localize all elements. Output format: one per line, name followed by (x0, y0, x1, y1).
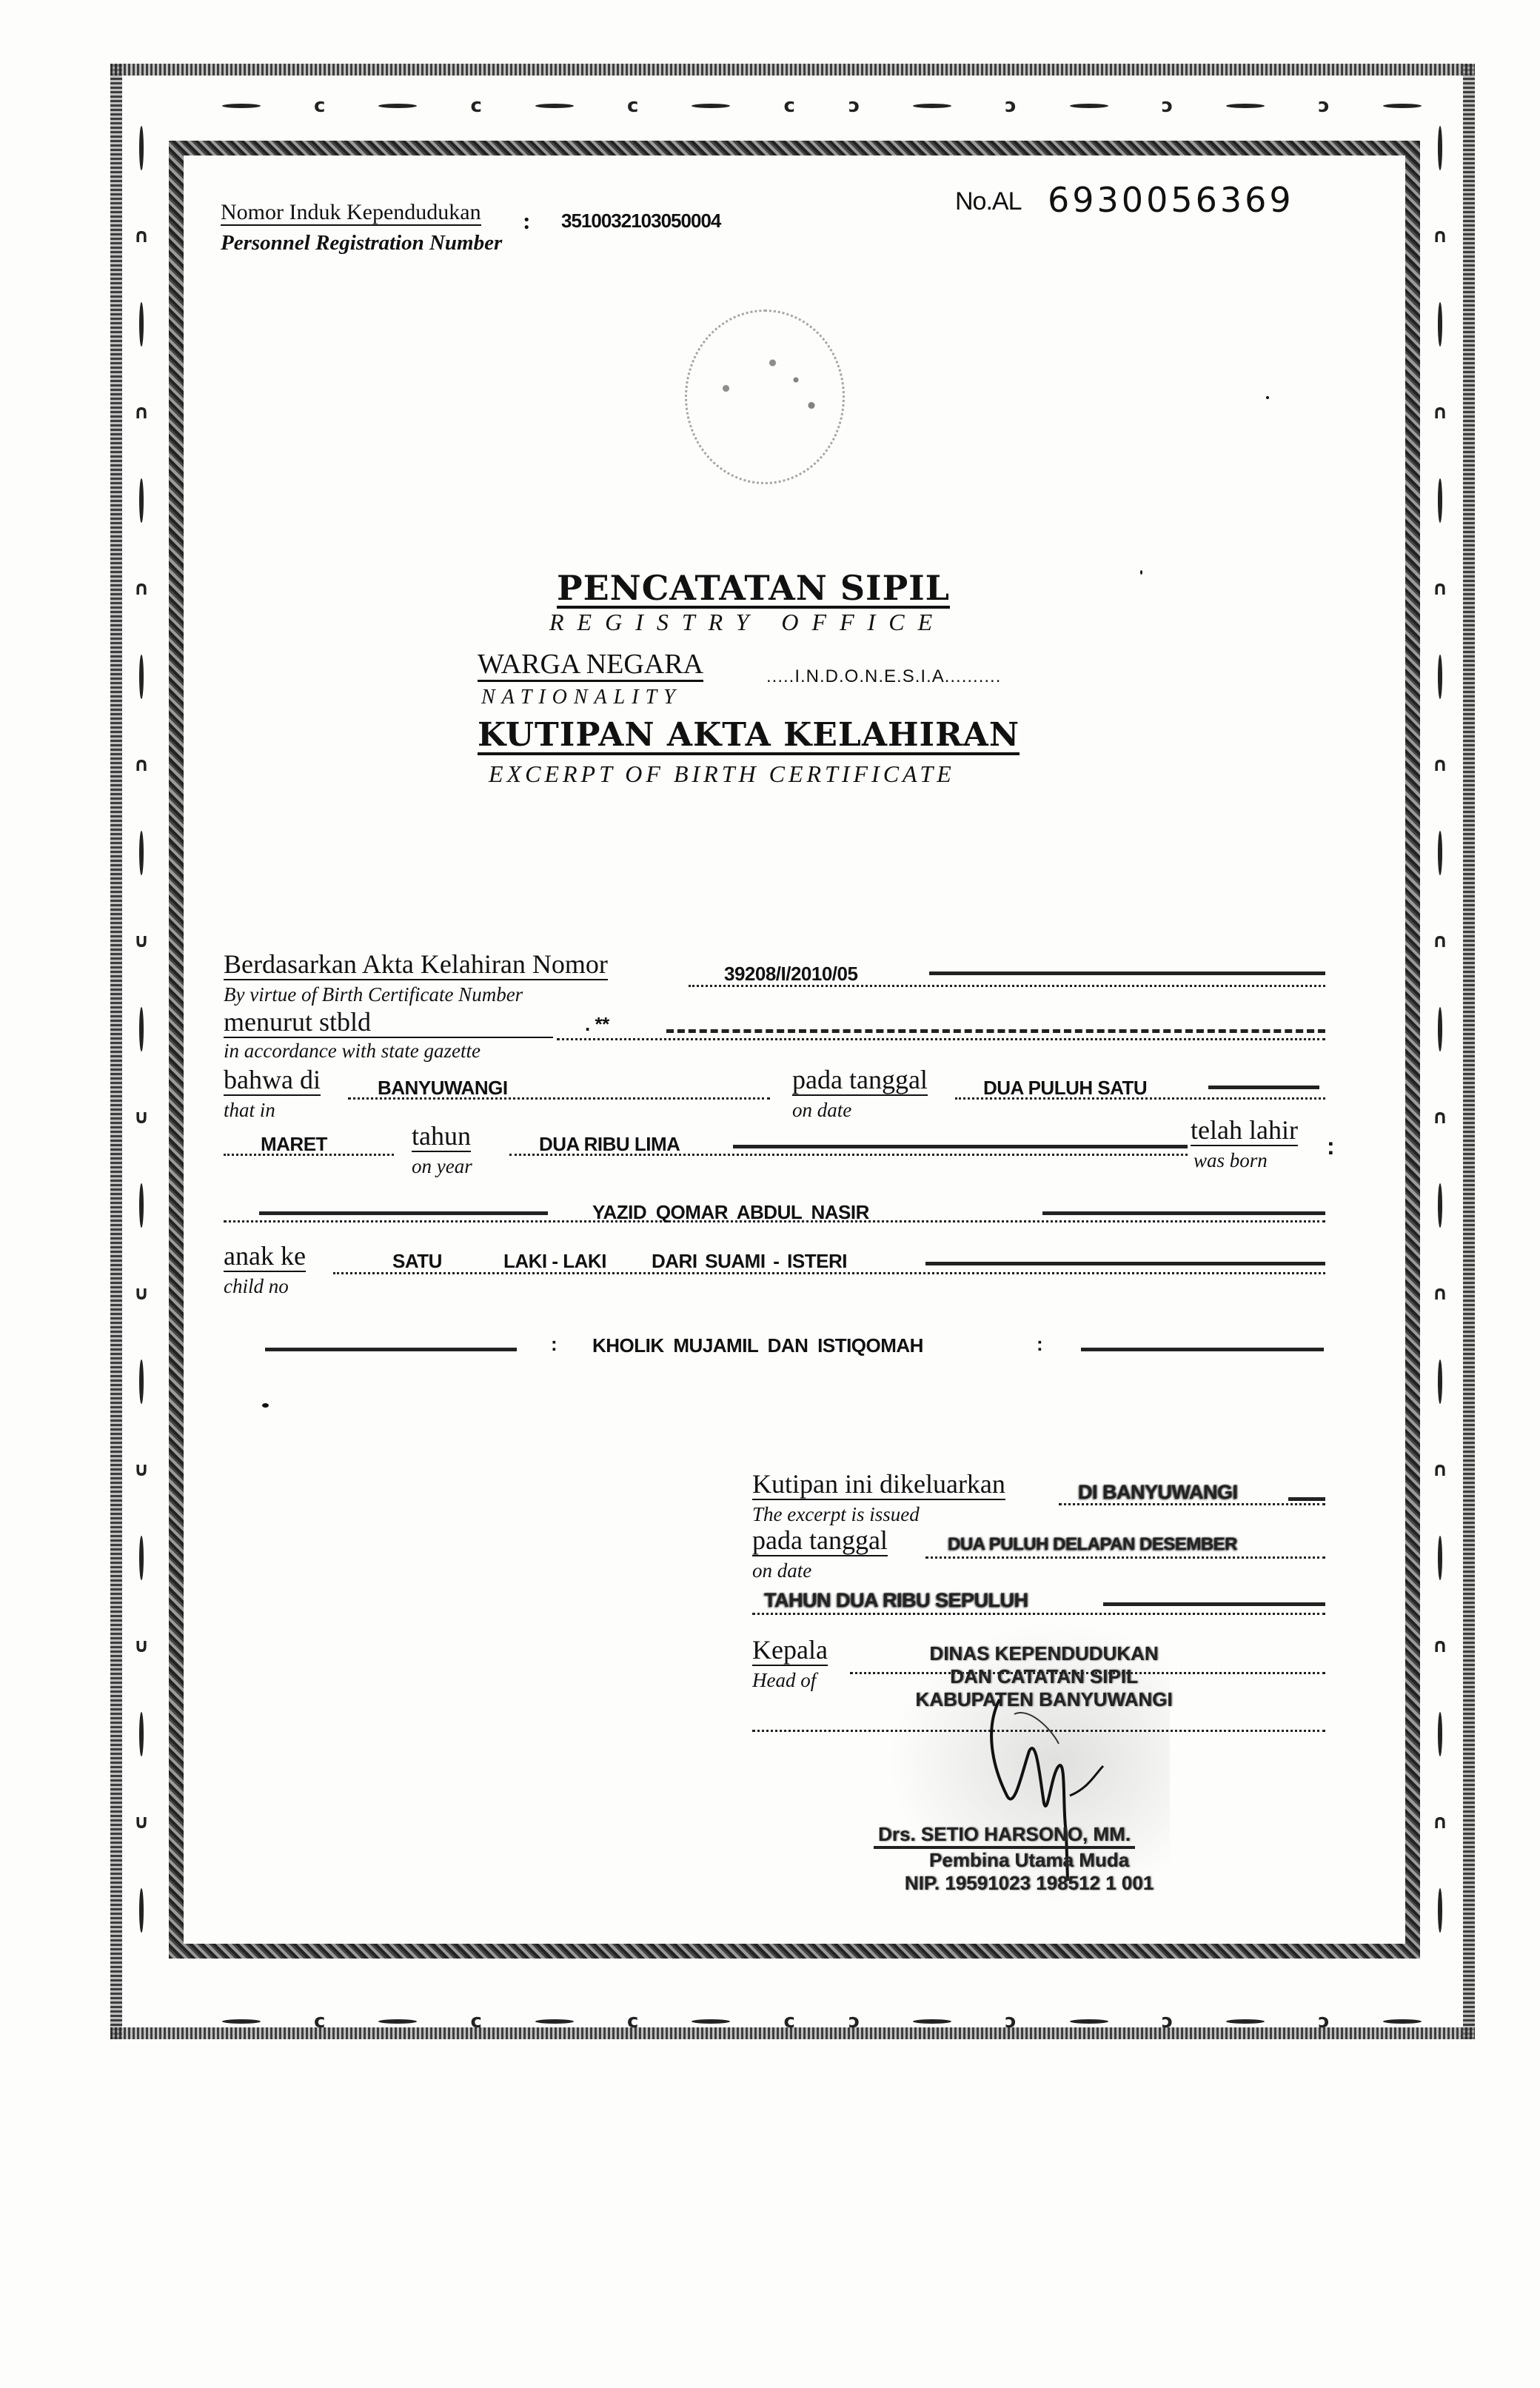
ornament-c-icon: ɔ (1005, 2012, 1016, 2031)
ornament-c-icon: ∪ (133, 1108, 149, 1127)
ornament-dash-icon (139, 1359, 144, 1404)
ornament-c-icon: ∪ (133, 1813, 149, 1832)
bottom-ornament-band: c c c c ɔ ɔ ɔ ɔ (222, 2010, 1422, 2033)
ornament-dash-icon (378, 104, 417, 108)
ornament-c-icon: ∩ (133, 227, 149, 246)
document-title-en: EXCERPT OF BIRTH CERTIFICATE (489, 760, 955, 788)
ornament-dash-icon (1438, 831, 1442, 875)
ornament-dash-icon (139, 1536, 144, 1580)
certificate-number-label: Berdasarkan Akta Kelahiran Nomor (224, 951, 608, 980)
child-name-rule-left (259, 1211, 548, 1215)
head-label: Kepala (752, 1636, 828, 1666)
scan-speck (262, 1403, 269, 1408)
office-title-en: REGISTRY OFFICE (549, 609, 945, 636)
ornament-dash-icon (139, 1712, 144, 1756)
birth-place-label-en: that in (224, 1099, 275, 1122)
nik-value: 3510032103050004 (561, 210, 720, 233)
ornament-c-icon: ∩ (1432, 1460, 1447, 1479)
parents-colon-right: : (1037, 1333, 1043, 1356)
nationality-label-en: NATIONALITY (481, 686, 682, 709)
ornament-c-icon: ∩ (133, 755, 149, 775)
certificate-number-value: 39208/I/2010/05 (724, 963, 857, 986)
ornament-c-icon: ɔ (848, 2012, 860, 2031)
nik-label: Nomor Induk Kependudukan (221, 200, 481, 226)
birth-place-label: bahwa di (224, 1066, 321, 1096)
ornament-dash-icon (692, 104, 730, 108)
ornament-dash-icon (535, 104, 574, 108)
nik-label-en: Personnel Registration Number (221, 231, 502, 255)
ornament-c-icon: ∪ (133, 1284, 149, 1303)
ornament-c-icon: ∪ (133, 932, 149, 951)
born-label: telah lahir (1191, 1117, 1298, 1146)
ornament-dash-icon (1438, 655, 1442, 699)
child-order-label: anak ke (224, 1243, 306, 1272)
ornament-c-icon: ∩ (1432, 932, 1447, 951)
embossed-seal (685, 310, 845, 484)
ornament-dash-icon (139, 1007, 144, 1051)
stbld-label-en: in accordance with state gazette (224, 1040, 481, 1063)
birth-year-label-en: on year (412, 1155, 472, 1178)
ornament-c-icon: ∩ (1432, 227, 1447, 246)
nationality-value: .....I.N.D.O.N.E.S.I.A.......... (766, 666, 1001, 687)
ornament-dash-icon (1438, 478, 1442, 523)
ornament-c-icon: ɔ (1318, 96, 1329, 116)
ornament-c-icon: ɔ (1318, 2012, 1329, 2031)
ornament-dash-icon (1383, 104, 1422, 108)
ornament-c-icon: c (471, 2012, 482, 2031)
birth-month-value: MARET (261, 1133, 327, 1156)
parents-rule-right (1081, 1348, 1324, 1351)
issued-date-label: pada tanggal (752, 1527, 888, 1556)
ornament-dash-icon (139, 655, 144, 699)
birth-year-rule (733, 1145, 1188, 1148)
issued-label-en: The excerpt is issued (752, 1503, 920, 1526)
nik-colon: : (523, 207, 531, 235)
office-title: PENCATATAN SIPIL (557, 570, 950, 609)
ornament-dash-icon (139, 831, 144, 875)
birth-date-label-en: on date (792, 1099, 851, 1122)
ornament-c-icon: ∩ (1432, 1813, 1447, 1832)
child-order-label-en: child no (224, 1275, 289, 1298)
ornament-dash-icon (1226, 2019, 1265, 2024)
birth-year-label: tahun (412, 1123, 471, 1152)
ornament-dash-icon (139, 302, 144, 347)
child-name-value: YAZID QOMAR ABDUL NASIR (592, 1201, 869, 1224)
certificate-number-label-en: By virtue of Birth Certificate Number (224, 983, 523, 1006)
ornament-dash-icon (1438, 1183, 1442, 1228)
ornament-dash-icon (1070, 2019, 1108, 2024)
official-rank: Pembina Utama Muda (859, 1849, 1199, 1872)
ornament-dash-icon (692, 2019, 730, 2024)
certificate-number-rule (929, 971, 1325, 975)
ornament-dash-icon (1438, 302, 1442, 347)
birth-date-label: pada tanggal (792, 1066, 928, 1096)
official-name: Drs. SETIO HARSONO, MM. (874, 1823, 1135, 1849)
ornament-c-icon: ɔ (1162, 2012, 1173, 2031)
stbld-value: . ** (585, 1013, 609, 1036)
ornament-dash-icon (222, 2019, 261, 2024)
ornament-c-icon: ɔ (1162, 96, 1173, 116)
ornament-dash-icon (1438, 1359, 1442, 1404)
ornament-c-icon: c (783, 2012, 794, 2031)
ornament-dash-icon (139, 1888, 144, 1933)
ornament-dash-icon (535, 2019, 574, 2024)
ornament-c-icon: ɔ (1005, 96, 1016, 116)
ornament-c-icon: ∩ (1432, 1284, 1447, 1303)
parents-rule-left (265, 1348, 517, 1351)
ornament-c-icon: ∩ (1432, 1108, 1447, 1127)
stbld-label: menurut stbld (224, 1009, 553, 1038)
ornament-dash-icon (222, 104, 261, 108)
ornament-c-icon: ∪ (133, 1460, 149, 1479)
parents-value: KHOLIK MUJAMIL DAN ISTIQOMAH (592, 1334, 923, 1357)
ornament-c-icon: ∩ (133, 403, 149, 422)
top-ornament-band: c c c c ɔ ɔ ɔ ɔ (222, 95, 1422, 117)
issued-year-rule (1103, 1602, 1325, 1606)
ornament-c-icon: c (783, 96, 794, 116)
child-order-value: SATU (392, 1250, 442, 1273)
right-ornament-band: ∩ ∩ ∩ ∩ ∩ ∩ ∩ ∩ ∩ ∩ (1429, 126, 1451, 1933)
ornament-dash-icon (139, 478, 144, 523)
child-sex-value: LAKI - LAKI (503, 1250, 606, 1273)
issued-label: Kutipan ini dikeluarkan (752, 1471, 1005, 1500)
issued-date-dotline (925, 1556, 1325, 1559)
ornament-c-icon: ∩ (1432, 579, 1447, 598)
ornament-dash-icon (139, 126, 144, 170)
ornament-dash-icon (1070, 104, 1108, 108)
issued-date-label-en: on date (752, 1559, 811, 1582)
document-title: KUTIPAN AKTA KELAHIRAN (478, 718, 1020, 755)
ornament-dash-icon (1438, 1888, 1442, 1933)
ornament-c-icon: ∩ (1432, 1636, 1447, 1656)
ornament-c-icon: c (314, 2012, 325, 2031)
issued-year-dotline (752, 1613, 1325, 1615)
ornament-dash-icon (913, 2019, 951, 2024)
left-ornament-band: ∩ ∩ ∩ ∩ ∪ ∪ ∪ ∪ ∪ ∪ (130, 126, 153, 1933)
ornament-dash-icon (1383, 2019, 1422, 2024)
child-parents-prefix: DARI SUAMI - ISTERI (652, 1250, 847, 1273)
ornament-c-icon: ɔ (848, 96, 860, 116)
scan-speck (1266, 396, 1269, 399)
ornament-c-icon: ∩ (1432, 403, 1447, 422)
ornament-c-icon: ∩ (1432, 755, 1447, 775)
birth-date-rule (1208, 1086, 1319, 1089)
ornament-dash-icon (913, 104, 951, 108)
scan-speck (1140, 570, 1142, 575)
ornament-dash-icon (1438, 1712, 1442, 1756)
issued-place-value: DI BANYUWANGI (1078, 1481, 1238, 1504)
ornament-dash-icon (378, 2019, 417, 2024)
birth-year-value: DUA RIBU LIMA (539, 1133, 680, 1156)
child-name-rule-right (1042, 1211, 1325, 1215)
ornament-c-icon: ∩ (133, 579, 149, 598)
born-label-en: was born (1193, 1149, 1268, 1172)
head-label-en: Head of (752, 1669, 816, 1692)
ornament-c-icon: c (471, 96, 482, 116)
ornament-dash-icon (1438, 126, 1442, 170)
ornament-c-icon: c (627, 96, 638, 116)
parents-colon-left: : (551, 1333, 558, 1356)
ornament-c-icon: ∪ (133, 1636, 149, 1656)
ornament-dash-icon (1438, 1007, 1442, 1051)
serial-number: 6930056369 (1048, 180, 1294, 220)
ornament-c-icon: c (314, 96, 325, 116)
stbld-dotline (557, 1038, 1325, 1040)
serial-prefix: No.AL (955, 187, 1022, 216)
birth-place-value: BANYUWANGI (378, 1077, 508, 1100)
issued-place-rule (1288, 1497, 1325, 1501)
birth-date-value: DUA PULUH SATU (983, 1077, 1147, 1100)
official-nip: NIP. 19591023 198512 1 001 (859, 1872, 1199, 1895)
ornament-c-icon: c (627, 2012, 638, 2031)
nationality-label: WARGA NEGARA (478, 650, 703, 682)
issued-date-value: DUA PULUH DELAPAN DESEMBER (948, 1534, 1237, 1555)
ornament-dash-icon (1226, 104, 1265, 108)
stbld-dashed-rule (666, 1029, 1325, 1033)
issued-year-value: TAHUN DUA RIBU SEPULUH (764, 1589, 1028, 1612)
born-colon: : (1327, 1133, 1335, 1160)
ornament-dash-icon (1438, 1536, 1442, 1580)
official-block: Drs. SETIO HARSONO, MM. Pembina Utama Mu… (859, 1823, 1199, 1895)
child-order-rule (925, 1262, 1325, 1265)
ornament-dash-icon (139, 1183, 144, 1228)
office-line-1: DINAS KEPENDUDUKAN (874, 1642, 1214, 1665)
